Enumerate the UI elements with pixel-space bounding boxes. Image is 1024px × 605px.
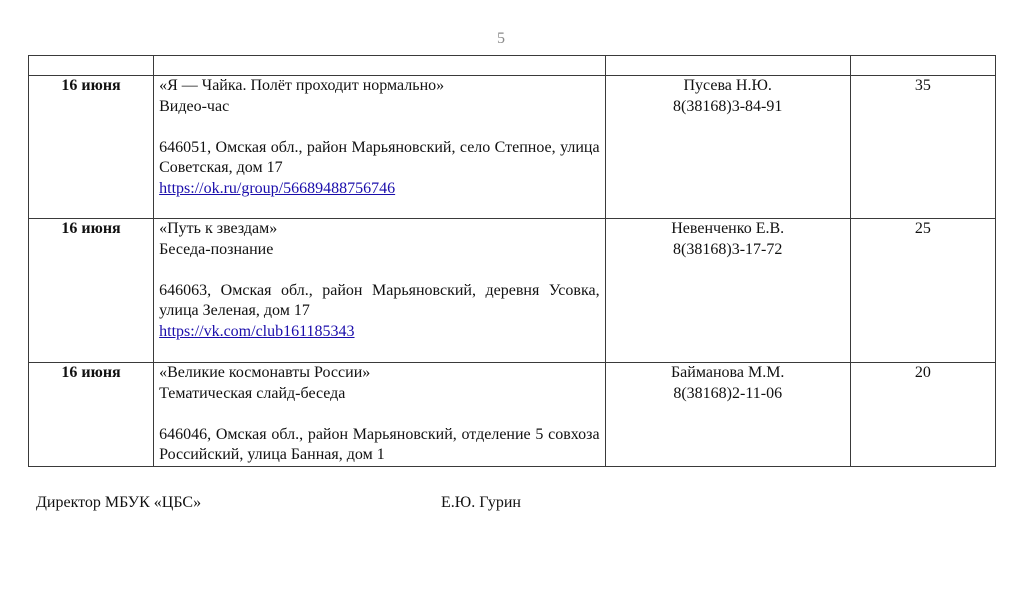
event-details: «Великие космонавты России» Тематическая… — [154, 363, 605, 467]
responsible-name: Невенченко Е.В. — [611, 219, 845, 240]
header-cell-count — [850, 56, 995, 76]
event-title: «Я — Чайка. Полёт проходит нормально» — [159, 76, 599, 97]
responsible-phone: 8(38168)3-84-91 — [611, 97, 845, 118]
header-cell-event — [154, 56, 605, 76]
event-details: «Я — Чайка. Полёт проходит нормально» Ви… — [154, 76, 605, 219]
event-title: «Великие космонавты России» — [159, 363, 599, 384]
event-responsible: Байманова М.М. 8(38168)2-11-06 — [605, 363, 850, 467]
responsible-name: Байманова М.М. — [611, 363, 845, 384]
event-date: 16 июня — [29, 76, 154, 219]
signature-title: Директор МБУК «ЦБС» — [36, 494, 201, 512]
event-date: 16 июня — [29, 219, 154, 363]
event-link[interactable]: https://ok.ru/group/56689488756746 — [159, 179, 599, 200]
table-row: 16 июня «Я — Чайка. Полёт проходит норма… — [29, 76, 996, 219]
event-title: «Путь к звездам» — [159, 219, 599, 240]
event-responsible: Невенченко Е.В. 8(38168)3-17-72 — [605, 219, 850, 363]
event-responsible: Пусева Н.Ю. 8(38168)3-84-91 — [605, 76, 850, 219]
events-table: 16 июня «Я — Чайка. Полёт проходит норма… — [28, 55, 996, 467]
event-address: 646046, Омская обл., район Марьяновский,… — [159, 425, 599, 466]
participant-count: 35 — [850, 76, 995, 219]
participant-count: 20 — [850, 363, 995, 467]
page-number: 5 — [0, 30, 1002, 48]
header-cell-responsible — [605, 56, 850, 76]
event-details: «Путь к звездам» Беседа-познание 646063,… — [154, 219, 605, 363]
table-header-row — [29, 56, 996, 76]
table-row: 16 июня «Путь к звездам» Беседа-познание… — [29, 219, 996, 363]
responsible-phone: 8(38168)2-11-06 — [611, 384, 845, 405]
event-link[interactable]: https://vk.com/club161185343 — [159, 322, 599, 343]
event-format: Видео-час — [159, 97, 599, 118]
responsible-phone: 8(38168)3-17-72 — [611, 240, 845, 261]
event-address: 646051, Омская обл., район Марьяновский,… — [159, 138, 599, 179]
header-cell-date — [29, 56, 154, 76]
table-row: 16 июня «Великие космонавты России» Тема… — [29, 363, 996, 467]
event-date: 16 июня — [29, 363, 154, 467]
responsible-name: Пусева Н.Ю. — [611, 76, 845, 97]
participant-count: 25 — [850, 219, 995, 363]
signature-name: Е.Ю. Гурин — [441, 494, 521, 512]
event-address: 646063, Омская обл., район Марьяновский,… — [159, 281, 599, 322]
event-format: Беседа-познание — [159, 240, 599, 261]
event-format: Тематическая слайд-беседа — [159, 384, 599, 405]
